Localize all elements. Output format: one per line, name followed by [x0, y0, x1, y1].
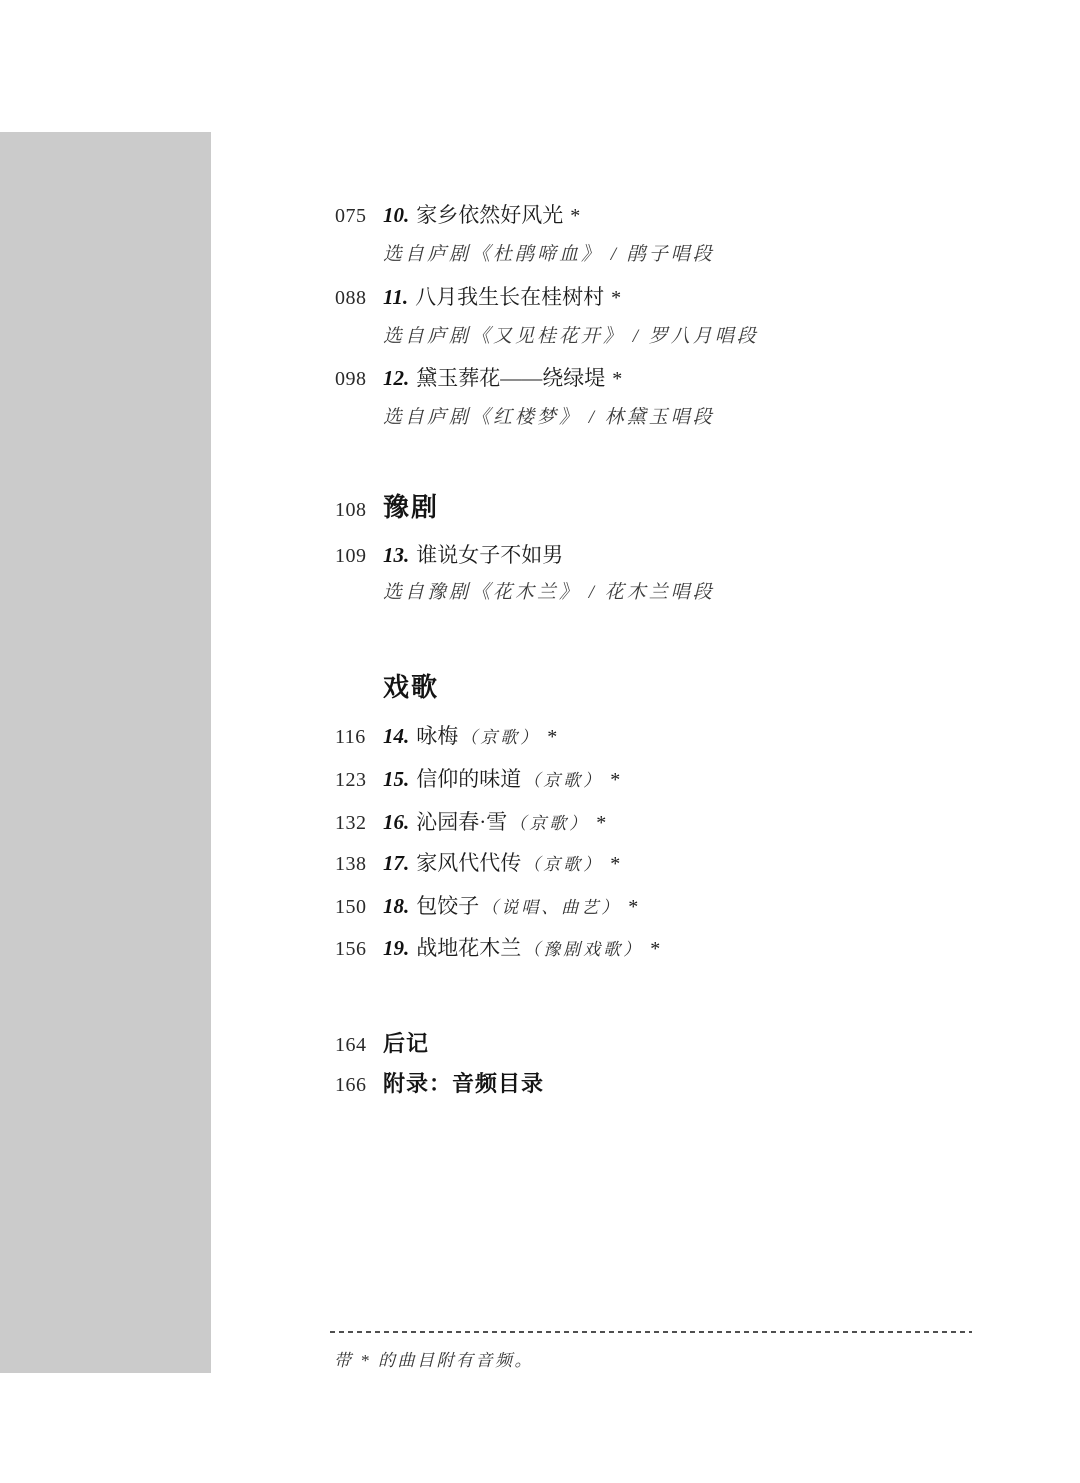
entry-source: 选自庐剧《杜鹃啼血》 / 鹃子唱段: [383, 241, 715, 269]
toc-entry: 098 12.黛玉葬花——绕绿堤*: [335, 363, 995, 394]
entry-number: 19.: [383, 936, 409, 960]
table-of-contents: 075 10.家乡依然好风光* 选自庐剧《杜鹃啼血》 / 鹃子唱段 088 11…: [335, 200, 995, 1101]
entry-line: 19.战地花木兰（豫剧戏歌）*: [383, 933, 660, 965]
audio-asterisk: *: [596, 812, 606, 834]
entry-number: 15.: [383, 767, 409, 791]
toc-section-heading: 戏歌: [335, 669, 995, 707]
page-number: 088: [335, 283, 383, 313]
toc-subtitle: 选自豫剧《花木兰》 / 花木兰唱段: [335, 579, 995, 607]
audio-asterisk: *: [610, 769, 620, 791]
entry-source: 选自豫剧《花木兰》 / 花木兰唱段: [383, 579, 715, 607]
entry-number: 13.: [383, 543, 409, 567]
entry-title: 战地花木兰: [416, 936, 521, 960]
entry-genre: （京歌）: [460, 728, 540, 747]
toc-entry: 109 13.谁说女子不如男: [335, 540, 995, 571]
entry-line: 13.谁说女子不如男: [383, 540, 563, 570]
footnote-text: 带 * 的曲目附有音频。: [334, 1348, 534, 1374]
entry-genre: （豫剧戏歌）: [523, 940, 643, 959]
page-number: 098: [335, 364, 383, 394]
entry-title: 信仰的味道: [416, 767, 521, 791]
audio-asterisk: *: [611, 287, 621, 309]
toc-page: 075 10.家乡依然好风光* 选自庐剧《杜鹃啼血》 / 鹃子唱段 088 11…: [0, 0, 1080, 1483]
toc-subtitle: 选自庐剧《又见桂花开》 / 罗八月唱段: [335, 323, 995, 351]
entry-number: 10.: [383, 203, 409, 227]
toc-subtitle: 选自庐剧《红楼梦》 / 林黛玉唱段: [335, 404, 995, 432]
page-number: 108: [335, 491, 383, 529]
toc-entry: 116 14.咏梅（京歌）*: [335, 721, 995, 753]
section-title: 戏歌: [383, 669, 439, 707]
entry-genre: （京歌）: [523, 855, 603, 874]
entry-line: 11.八月我生长在桂树村*: [383, 282, 621, 313]
page-number: 164: [335, 1029, 383, 1061]
audio-asterisk: *: [650, 938, 660, 960]
margin-gray-block: [0, 132, 211, 1373]
page-number: 132: [335, 808, 383, 838]
audio-asterisk: *: [612, 368, 622, 390]
page-number: 075: [335, 201, 383, 231]
toc-entry: 132 16.沁园春·雪（京歌）*: [335, 807, 995, 839]
toc-entry: 075 10.家乡依然好风光*: [335, 200, 995, 231]
toc-entry: 138 17.家风代代传（京歌）*: [335, 848, 995, 880]
entry-title: 八月我生长在桂树村: [415, 285, 604, 309]
audio-asterisk: *: [547, 726, 557, 748]
entry-genre: （京歌）: [509, 814, 589, 833]
entry-line: 14.咏梅（京歌）*: [383, 721, 557, 753]
entry-title: 咏梅: [416, 724, 458, 748]
toc-entry: 156 19.战地花木兰（豫剧戏歌）*: [335, 933, 995, 965]
page-number: 123: [335, 765, 383, 795]
entry-line: 16.沁园春·雪（京歌）*: [383, 807, 606, 839]
entry-number: 18.: [383, 894, 409, 918]
audio-asterisk: *: [610, 853, 620, 875]
entry-title: 家风代代传: [416, 851, 521, 875]
entry-title: 家乡依然好风光: [416, 203, 563, 227]
toc-subtitle: 选自庐剧《杜鹃啼血》 / 鹃子唱段: [335, 241, 995, 269]
entry-genre: （说唱、曲艺）: [481, 898, 621, 917]
audio-asterisk: *: [628, 896, 638, 918]
audio-asterisk: *: [570, 205, 580, 227]
dashed-divider: [330, 1331, 972, 1333]
section-title: 豫剧: [383, 489, 439, 527]
entry-line: 15.信仰的味道（京歌）*: [383, 764, 620, 796]
entry-line: 17.家风代代传（京歌）*: [383, 848, 620, 880]
toc-entry: 123 15.信仰的味道（京歌）*: [335, 764, 995, 796]
entry-title: 沁园春·雪: [416, 810, 507, 834]
entry-number: 17.: [383, 851, 409, 875]
backmatter-title: 附录：音频目录: [383, 1068, 544, 1100]
entry-line: 10.家乡依然好风光*: [383, 200, 580, 231]
page-number: 109: [335, 541, 383, 571]
entry-number: 11.: [383, 285, 408, 309]
entry-line: 12.黛玉葬花——绕绿堤*: [383, 363, 622, 394]
page-number: 138: [335, 849, 383, 879]
page-number: 150: [335, 892, 383, 922]
entry-title: 谁说女子不如男: [416, 543, 563, 567]
entry-source: 选自庐剧《红楼梦》 / 林黛玉唱段: [383, 404, 715, 432]
toc-entry: 088 11.八月我生长在桂树村*: [335, 282, 995, 313]
toc-backmatter: 166 附录：音频目录: [335, 1068, 995, 1101]
page-number: 166: [335, 1069, 383, 1101]
toc-section-heading: 108 豫剧: [335, 489, 995, 529]
page-number: 156: [335, 934, 383, 964]
page-number: 116: [335, 722, 383, 752]
entry-number: 12.: [383, 366, 409, 390]
entry-line: 18.包饺子（说唱、曲艺）*: [383, 891, 638, 923]
toc-backmatter: 164 后记: [335, 1028, 995, 1061]
backmatter-title: 后记: [383, 1028, 429, 1060]
entry-number: 16.: [383, 810, 409, 834]
toc-entry: 150 18.包饺子（说唱、曲艺）*: [335, 891, 995, 923]
entry-title: 包饺子: [416, 894, 479, 918]
entry-source: 选自庐剧《又见桂花开》 / 罗八月唱段: [383, 323, 759, 351]
entry-title: 黛玉葬花——绕绿堤: [416, 366, 605, 390]
entry-number: 14.: [383, 724, 409, 748]
entry-genre: （京歌）: [523, 771, 603, 790]
